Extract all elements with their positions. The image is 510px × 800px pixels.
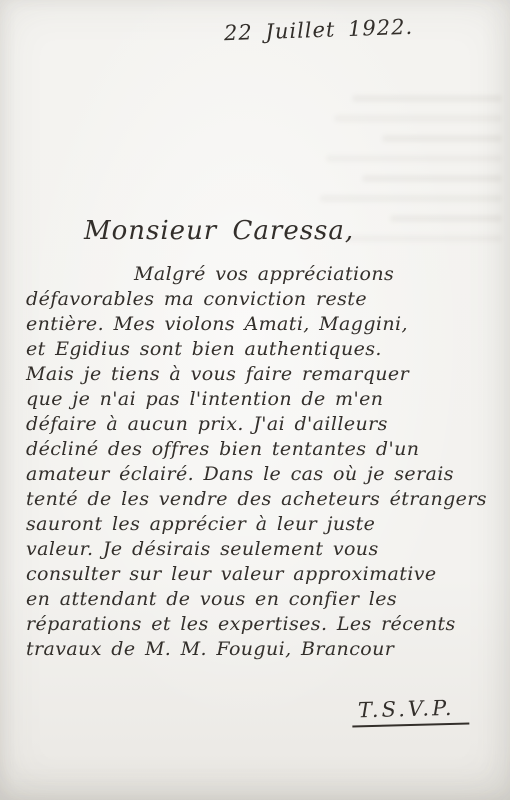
letter-body-line: Mais je tiens à vous faire remarquer xyxy=(26,362,498,387)
letter-body: Malgré vos appréciations défavorables ma… xyxy=(26,262,498,662)
letter-body-line: Malgré vos appréciations xyxy=(26,262,498,287)
letter-body-line: que je n'ai pas l'intention de m'en xyxy=(26,387,498,412)
letter-body-line: défaire à aucun prix. J'ai d'ailleurs xyxy=(26,412,498,437)
letter-salutation: Monsieur Caressa, xyxy=(84,216,354,246)
letter-body-line: consulter sur leur valeur approximative xyxy=(26,562,498,587)
letter-page: 22 Juillet 1922. Monsieur Caressa, Malgr… xyxy=(0,0,510,800)
letter-body-line: sauront les apprécier à leur juste xyxy=(26,512,498,537)
letter-postscript-tsvp: T.S.V.P. xyxy=(352,695,469,727)
letter-body-line: et Egidius sont bien authentiques. xyxy=(26,337,498,362)
letter-body-line: travaux de M. M. Fougui, Brancour xyxy=(26,637,498,662)
letter-body-line: entière. Mes violons Amati, Maggini, xyxy=(26,312,498,337)
letter-body-line: en attendant de vous en confier les xyxy=(26,587,498,612)
letter-body-line: défavorables ma conviction reste xyxy=(26,287,498,312)
letter-body-line: valeur. Je désirais seulement vous xyxy=(26,537,498,562)
letter-body-line: tenté de les vendre des acheteurs étrang… xyxy=(26,487,498,512)
letter-body-line: amateur éclairé. Dans le cas où je serai… xyxy=(26,462,498,487)
letter-body-line: décliné des offres bien tentantes d'un xyxy=(26,437,498,462)
letter-date: 22 Juillet 1922. xyxy=(224,15,414,46)
letter-body-line: réparations et les expertises. Les récen… xyxy=(26,612,498,637)
